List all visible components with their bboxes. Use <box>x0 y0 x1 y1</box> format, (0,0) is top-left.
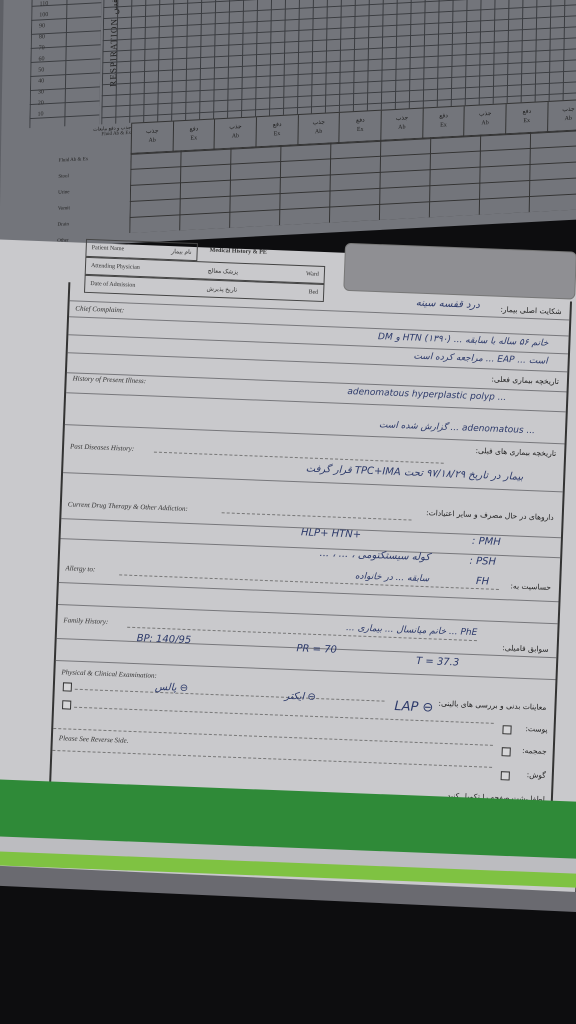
column-header-en: Ex <box>257 129 298 140</box>
exam-finding: ایکتر ⊖ <box>284 691 316 703</box>
scale-value: 80 <box>39 34 45 40</box>
column-header-en: Ab <box>465 118 506 129</box>
present-illness-label-fa: تاریخچه بیماری فعلی: <box>491 375 559 387</box>
present-illness-line: است ... EAP ... مراجعه کرده است <box>413 351 548 366</box>
column-header: دفعEx <box>339 111 381 143</box>
pmh-value: HLP+ HTN+ <box>301 527 362 540</box>
column-header-en: Ex <box>173 133 214 144</box>
family-history-label-fa: سوابق فامیلی: <box>502 643 549 654</box>
allergy-label-en: Allergy to: <box>65 564 95 573</box>
patient-label-box <box>343 243 576 300</box>
column-header: جذبAb <box>547 100 576 132</box>
column-header: دفعEx <box>422 106 464 138</box>
bp-value: BP: 140/95 <box>137 633 192 646</box>
reverse-side-note: Please See Reverse Side. <box>59 734 129 745</box>
present-illness-line: ... adenomatous hyperplastic polyp <box>347 387 506 403</box>
column-header-en: Ab <box>548 114 576 125</box>
rule <box>70 300 570 320</box>
exam-label-en: Physical & Clinical Examination: <box>61 668 157 680</box>
column-header: جذبAb <box>380 109 422 141</box>
column-header: جذبAb <box>131 122 173 154</box>
chief-complaint-label-fa: شکایت اصلی بیمار: <box>500 305 562 316</box>
chief-complaint-label-en: Chief Complaint: <box>75 304 124 314</box>
column-header-en: Ex <box>340 125 381 136</box>
column-header-en: Ex <box>423 120 464 131</box>
pr-value: PR = 70 <box>296 643 337 656</box>
column-header: دفعEx <box>505 102 547 134</box>
family-history-label-en: Family History: <box>63 616 108 626</box>
exam-checkbox[interactable] <box>63 682 72 691</box>
column-header: جذبAb <box>214 117 256 149</box>
vital-signs-chart-sheet: 130120110100908070605040302010 RESPIRATI… <box>0 0 576 251</box>
present-illness-line: ... adenomatous ... گزارش شده است <box>379 420 535 436</box>
rule <box>69 316 569 336</box>
scale-value: 60 <box>38 56 44 62</box>
fluid-header-label: جذب و دفع مایعات Fluid Ab & Ex <box>61 125 131 140</box>
column-header-en: Ab <box>215 131 256 142</box>
past-disease-label-fa: تاریخچه بیماری های قبلی: <box>475 446 556 458</box>
exam-item-ear: گوش: <box>527 770 546 780</box>
exam-finding: پالس ⊖ <box>155 682 189 694</box>
dotted-line <box>119 574 499 590</box>
dotted-line <box>75 689 385 702</box>
past-disease-value: بیمار در تاریخ ۹۷/۱۸/۲۹ تحت TPC+IMA قرار… <box>306 463 524 482</box>
psh-value: کوله سیستکتومی ، ... ، ... <box>319 548 430 563</box>
drug-therapy-label-en: Current Drug Therapy & Other Addiction: <box>68 500 188 513</box>
fh-label: FH <box>476 576 490 588</box>
scale-value: 30 <box>38 89 44 95</box>
dotted-line <box>52 750 492 768</box>
exam-item-skull: جمجمه: <box>522 746 547 756</box>
scale-value: 110 <box>39 1 48 7</box>
column-header-en: Ab <box>132 136 173 147</box>
dotted-line <box>154 452 444 464</box>
ear-checkbox[interactable] <box>501 771 510 780</box>
scale-value: 100 <box>39 12 48 18</box>
drug-therapy-label-fa: داروهای در حال مصرف و سایر اعتیادات: <box>426 508 554 522</box>
exam-checkbox[interactable] <box>62 700 71 709</box>
chief-complaint-value: درد قفسه سینه <box>416 298 480 311</box>
scale-value: 90 <box>39 23 45 29</box>
skull-checkbox[interactable] <box>502 747 511 756</box>
exam-item-skin: پوست: <box>525 724 547 734</box>
fh-value: سابقه ... در خانواده <box>355 571 430 584</box>
temperature-value: T = 37.3 <box>416 656 460 669</box>
photo-scene: 130120110100908070605040302010 RESPIRATI… <box>0 0 576 1024</box>
present-illness-label-en: History of Present Illness: <box>73 374 147 385</box>
column-header: دفعEx <box>172 119 214 151</box>
scale-value: 40 <box>38 78 44 84</box>
column-header: دفعEx <box>255 115 297 147</box>
allergy-label-fa: حساسیت به: <box>510 581 551 592</box>
column-header: جذبAb <box>297 113 339 145</box>
column-header-en: Ab <box>381 123 422 134</box>
form-body: شکایت اصلی بیمار: درد قفسه سینه Chief Co… <box>48 282 572 823</box>
column-header: جذبAb <box>464 104 506 136</box>
exam-label-fa: معاینات بدنی و بررسی های بالینی: <box>438 699 546 712</box>
scale-value: 50 <box>38 67 44 73</box>
scale-value: 70 <box>39 45 45 51</box>
scale-value: 20 <box>38 100 44 106</box>
column-header-en: Ex <box>506 116 547 127</box>
past-disease-label-en: Past Diseases History: <box>70 442 134 452</box>
dotted-line <box>222 512 412 520</box>
psh-label: : PSH <box>469 556 496 568</box>
column-header-en: Ab <box>298 127 339 138</box>
scale-value: 10 <box>37 111 43 117</box>
pmh-label: : PMH <box>472 536 501 548</box>
exam-finding: LAP ⊖ <box>394 699 434 715</box>
rule <box>58 604 558 624</box>
skin-checkbox[interactable] <box>502 725 511 734</box>
respiration-scale: 130120110100908070605040302010 <box>29 0 102 128</box>
